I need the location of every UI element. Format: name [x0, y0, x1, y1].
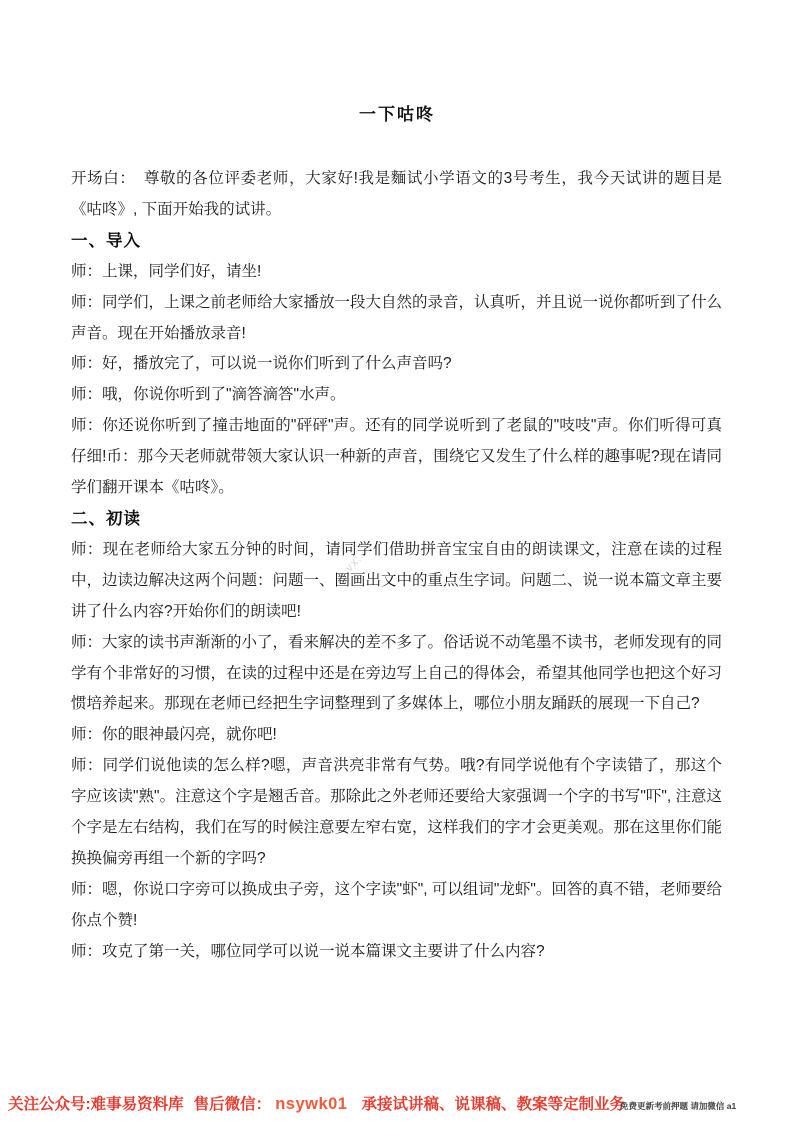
- paragraph: 师：哦，你说你听到了"滴答滴答"水声。: [71, 380, 722, 411]
- paragraph: 师：攻克了第一关，哪位同学可以说一说本篇课文主要讲了什么内容?: [71, 937, 722, 968]
- page-title: 一下咕咚: [0, 100, 794, 125]
- paragraph: 师：好，播放完了，可以说一说你们听到了什么声音吗?: [71, 349, 722, 380]
- paragraph: 开场白： 尊敬的各位评委老师，大家好!我是麵试小学语文的3号考生，我今天试讲的题…: [71, 164, 722, 226]
- paragraph: 师：你还说你听到了撞击地面的"砰砰"声。还有的同学说听到了老鼠的"吱吱"声。你们…: [71, 411, 722, 504]
- paragraph: 师：同学们，上课之前老师给大家播放一段大自然的录音，认真听，并且说一说你都听到了…: [71, 288, 722, 350]
- paragraph: 师：现在老师给大家五分钟的时间，请同学们借助拼音宝宝自由的朗读课文，注意在读的过…: [71, 535, 722, 628]
- paragraph: 师：大家的读书声渐渐的小了，看来解决的差不多了。俗话说不动笔墨不读书，老师发现有…: [71, 628, 722, 721]
- footer-promo-left: 关注公众号:难事易资料库: [8, 1096, 184, 1113]
- document-body: 开场白： 尊敬的各位评委老师，大家好!我是麵试小学语文的3号考生，我今天试讲的题…: [71, 164, 722, 968]
- footer-promo-right: 承接试讲稿、说课稿、教案等定制业务: [361, 1096, 625, 1113]
- paragraph: 师：嗯，你说口字旁可以换成虫子旁，这个字读"虾", 可以组词"龙虾"。回答的真不…: [71, 875, 722, 937]
- document-page: 一下咕咚 开场白： 尊敬的各位评委老师，大家好!我是麵试小学语文的3号考生，我今…: [0, 0, 794, 1122]
- section-heading: 二、初读: [71, 504, 722, 535]
- footer-promo: 关注公众号:难事易资料库售后微信：nsywk01承接试讲稿、说课稿、教案等定制业…: [8, 1092, 608, 1114]
- paragraph: 师：同学们说他读的怎么样?嗯，声音洪亮非常有气势。哦?有同学说他有个字读错了，那…: [71, 751, 722, 875]
- section-heading: 一、导入: [71, 226, 722, 257]
- paragraph: 师：上课，同学们好，请坐!: [71, 257, 722, 288]
- paragraph: 师：你的眼神最闪亮，就你吧!: [71, 720, 722, 751]
- footer-wechat-id: nsywk01: [271, 1095, 351, 1113]
- footer-promo-mid: 售后微信：: [194, 1096, 272, 1113]
- footer-note: 免费更新考前押题 请加微信 a1: [620, 1100, 790, 1112]
